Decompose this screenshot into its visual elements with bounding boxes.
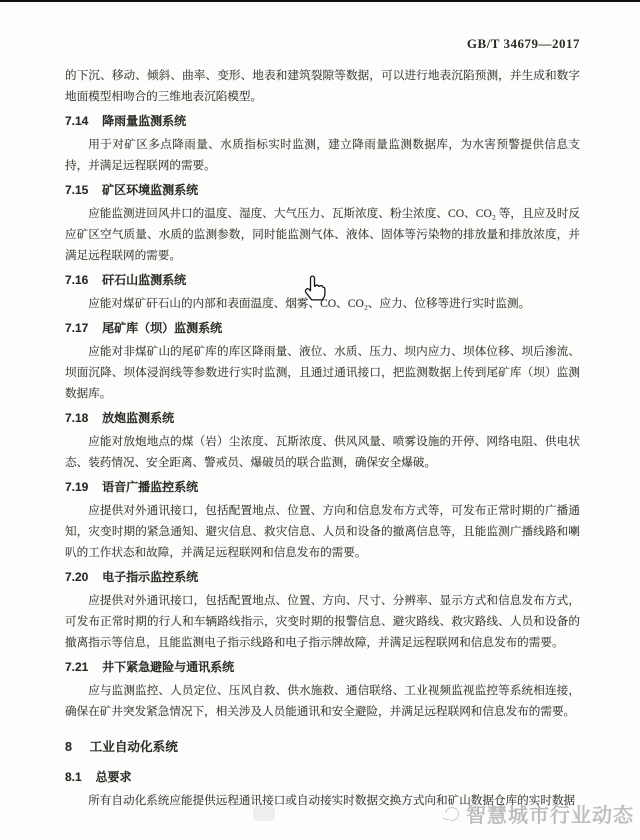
section-paragraph: 应能对非煤矿山的尾矿库的库区降雨量、液位、水质、压力、坝内应力、坝体位移、坝后渗… <box>65 341 580 404</box>
section-title: 井下紧急避险与通讯系统 <box>102 660 234 674</box>
section-title: 电子指示监控系统 <box>102 570 198 584</box>
section-paragraph: 应提供对外通讯接口，包括配置地点、位置、方向和信息发布方式等，可发布正常时期的广… <box>65 500 580 563</box>
section-title: 语音广播监控系统 <box>102 480 198 494</box>
section-paragraph: 应能对放炮地点的煤（岩）尘浓度、瓦斯浓度、供风风量、喷雾设施的开停、网络电阻、供… <box>65 431 580 473</box>
section-number: 7.19 <box>65 480 88 494</box>
section-number: 7.18 <box>65 411 88 425</box>
watermark-text: 智慧城市行业动态 <box>466 799 634 828</box>
section-heading-7.14: 7.14降雨量监测系统 <box>65 112 580 130</box>
section-heading-8: 8工业自动化系统 <box>65 738 580 756</box>
section-number: 8 <box>65 740 72 754</box>
section-number: 7.21 <box>65 660 88 674</box>
section-number: 7.20 <box>65 570 88 584</box>
section-paragraph: 应能对煤矿矸石山的内部和表面温度、烟雾、CO、CO₂、应力、位移等进行实时监测。 <box>65 293 580 314</box>
section-title: 总要求 <box>95 770 131 784</box>
section-number: 7.14 <box>65 114 88 128</box>
document-page: 的下沉、移动、倾斜、曲率、变形、地表和建筑裂隙等数据，可以进行地表沉陷预测，并生… <box>65 65 580 811</box>
scan-artifact <box>253 806 275 821</box>
section-heading-7.17: 7.17尾矿库（坝）监测系统 <box>65 319 580 337</box>
watermark: 智慧城市行业动态 <box>442 799 634 828</box>
section-number: 7.17 <box>65 321 88 335</box>
section-title: 尾矿库（坝）监测系统 <box>102 321 222 335</box>
section-number: 7.15 <box>65 183 88 197</box>
section-heading-7.16: 7.16矸石山监测系统 <box>65 271 580 289</box>
page-top-rule <box>0 0 640 2</box>
section-paragraph: 用于对矿区多点降雨量、水质指标实时监测，建立降雨量监测数据库，为水害预警提供信息… <box>65 134 580 176</box>
intro-paragraph: 的下沉、移动、倾斜、曲率、变形、地表和建筑裂隙等数据，可以进行地表沉陷预测，并生… <box>65 65 580 107</box>
section-title: 矿区环境监测系统 <box>102 183 198 197</box>
section-paragraph: 应提供对外通讯接口，包括配置地点、位置、方向、尺寸、分辨率、显示方式和信息发布方… <box>65 590 580 653</box>
section-heading-7.20: 7.20电子指示监控系统 <box>65 568 580 586</box>
section-title: 工业自动化系统 <box>90 740 178 754</box>
section-heading-8.1: 8.1总要求 <box>65 768 580 786</box>
document-sections: 7.14降雨量监测系统用于对矿区多点降雨量、水质指标实时监测，建立降雨量监测数据… <box>65 112 580 811</box>
section-title: 放炮监测系统 <box>102 411 174 425</box>
section-heading-7.15: 7.15矿区环境监测系统 <box>65 181 580 199</box>
section-title: 降雨量监测系统 <box>102 114 186 128</box>
watermark-logo-icon <box>442 806 460 822</box>
section-heading-7.18: 7.18放炮监测系统 <box>65 409 580 427</box>
section-heading-7.21: 7.21井下紧急避险与通讯系统 <box>65 658 580 676</box>
section-number: 7.16 <box>65 273 88 287</box>
section-paragraph: 应能监测进回风井口的温度、湿度、大气压力、瓦斯浓度、粉尘浓度、CO、CO₂ 等，… <box>65 203 580 266</box>
section-number: 8.1 <box>65 770 82 784</box>
section-title: 矸石山监测系统 <box>102 273 186 287</box>
section-heading-7.19: 7.19语音广播监控系统 <box>65 478 580 496</box>
standard-number: GB/T 34679—2017 <box>0 36 580 52</box>
section-paragraph: 应与监测监控、人员定位、压风自救、供水施救、通信联络、工业视频监视监控等系统相连… <box>65 680 580 722</box>
